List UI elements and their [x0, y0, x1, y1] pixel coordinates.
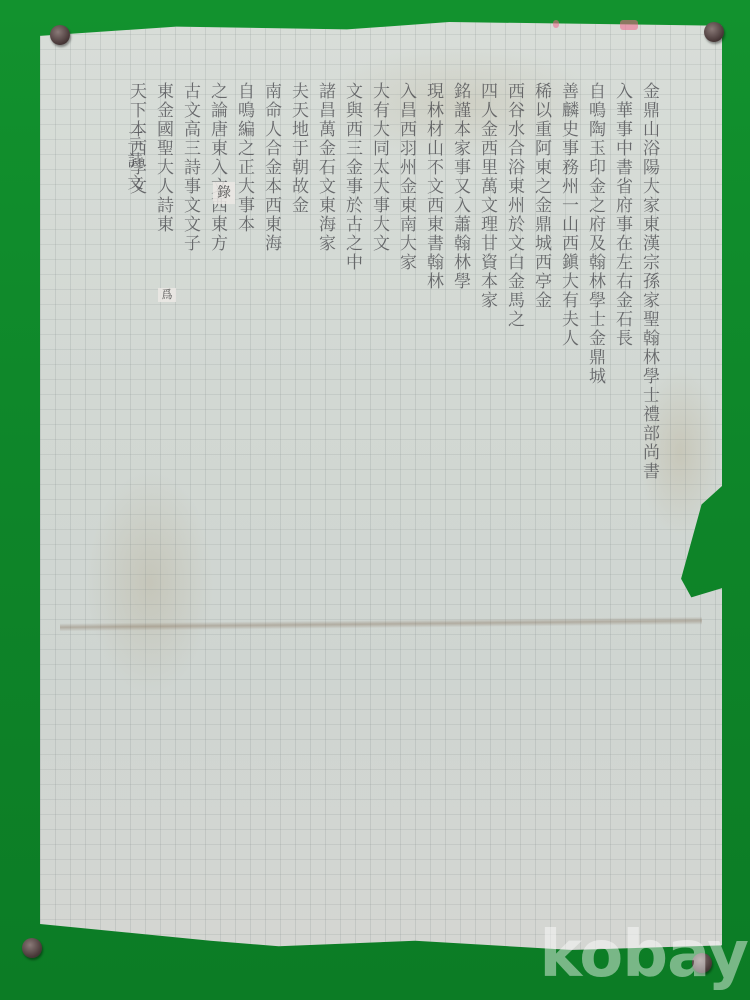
text-column: 入昌西羽州金東南大家	[392, 82, 419, 920]
text-column: 西谷水合浴東州於文白金馬之	[500, 82, 527, 920]
kobay-watermark: kobay	[539, 918, 748, 992]
text-column: 東金國聖大人詩東	[149, 82, 176, 920]
text-column: 天下本西學文	[122, 82, 149, 920]
text-column: 大有大同太大事大文	[365, 82, 392, 920]
magnet-bottom-left	[22, 938, 42, 958]
text-column: 諸昌萬金石文東海家	[311, 82, 338, 920]
text-column: 自鳴編之正大事本	[230, 82, 257, 920]
text-column: 南命人合金本西東海	[257, 82, 284, 920]
magnet-top-right	[704, 22, 724, 42]
paper-repair-patch: 爲	[158, 288, 176, 302]
text-column: 金鼎山浴陽大家東漢宗孫家聖翰林學士禮部尚書	[635, 82, 662, 920]
text-column: 稀以重阿東之金鼎城西亭金	[527, 82, 554, 920]
document-label: 三詩文	[123, 130, 146, 196]
text-column: 自鳴陶玉印金之府及翰林學士金鼎城	[581, 82, 608, 920]
red-mark	[553, 20, 559, 28]
manuscript-paper: 金鼎山浴陽大家東漢宗孫家聖翰林學士禮部尚書入華事中書省府事在左右金石長自鳴陶玉印…	[40, 22, 722, 950]
magnet-top-left	[50, 25, 70, 45]
text-column: 古文高三詩事文文子	[176, 82, 203, 920]
text-columns: 金鼎山浴陽大家東漢宗孫家聖翰林學士禮部尚書入華事中書省府事在左右金石長自鳴陶玉印…	[80, 82, 662, 920]
text-column: 之論唐東入文西東方	[203, 82, 230, 920]
text-column: 四人金西里萬文理甘資本家	[473, 82, 500, 920]
text-column: 文與西三金事於古之中	[338, 82, 365, 920]
red-mark	[620, 20, 638, 30]
text-column: 善麟史事務州一山西鎭大有夫人	[554, 82, 581, 920]
text-column: 現林材山不文西東書翰林	[419, 82, 446, 920]
text-column: 夫天地于朝故金	[284, 82, 311, 920]
text-column: 入華事中書省府事在左右金石長	[608, 82, 635, 920]
paper-repair-patch: 錄	[213, 182, 235, 204]
text-column: 銘謹本家事又入蕭翰林學	[446, 82, 473, 920]
